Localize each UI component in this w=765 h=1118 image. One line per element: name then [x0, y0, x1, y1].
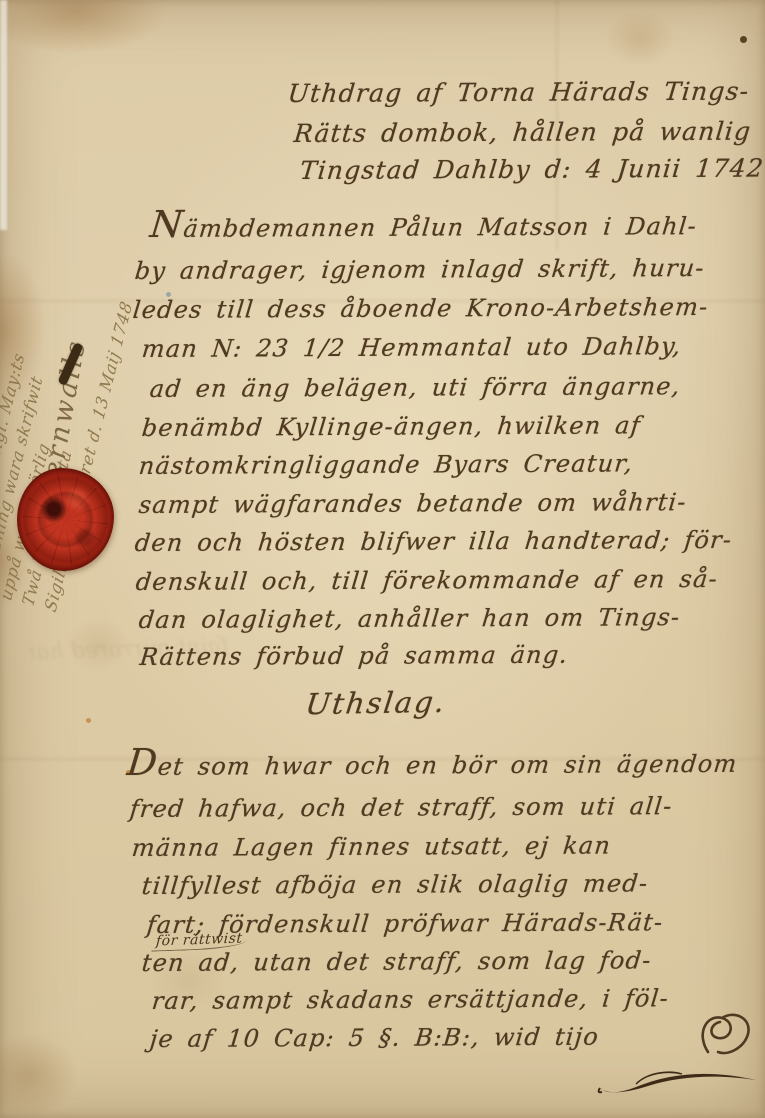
body-line: dan olaglighet, anhåller han om Tings-	[137, 598, 682, 639]
body-line: Det som hwar och en bör om sin ägendom	[125, 745, 739, 786]
body-line: fred hafwa, och det straff, som uti all-	[128, 787, 674, 828]
body-line: Rättens förbud på samma äng.	[138, 636, 570, 676]
body-line: nästomkringliggande Byars Creatur,	[137, 444, 635, 485]
heading-line: Uthdrag af Torna Härads Tings-	[286, 73, 751, 113]
ink-speck	[740, 36, 747, 43]
body-line: sampt wägfarandes betande om wåhrti-	[137, 483, 689, 524]
manuscript-page: faint mirrored handwriting Skall enligit…	[0, 0, 765, 1118]
heading-line: Rätts dombok, hållen på wanlig	[292, 113, 753, 153]
body-line: den och hösten blifwer illa handterad; f…	[133, 521, 734, 562]
body-line: tillfyllest afböja en slik olaglig med-	[140, 864, 650, 905]
verdict-subheading: Uthslag.	[304, 685, 449, 721]
body-line: männa Lagen finnes utsatt, ej kan	[130, 826, 613, 867]
body-line: je af 10 Cap: 5 §. B:B:, wid tijo	[148, 1018, 601, 1058]
body-line: by andrager, igjenom inlagd skrift, huru…	[133, 249, 707, 290]
body-line: rar, sampt skadans ersättjande, i föl-	[150, 979, 671, 1020]
body-line: Nämbdemannen Pålun Matsson i Dahl-	[148, 207, 699, 248]
body-line: ledes till dess åboende Krono-Arbetshem-	[131, 288, 710, 329]
body-line: denskull och, till förekommande af en så…	[134, 560, 720, 601]
body-line: benämbd Kyllinge-ängen, hwilken af	[140, 406, 643, 447]
scan-edge-highlight	[0, 0, 7, 230]
pen-flourish-icon	[596, 1058, 764, 1100]
body-line: ad en äng belägen, uti förra ängarne,	[148, 367, 682, 408]
heading-line: Tingstad Dahlby d: 4 Junii 1742./.	[298, 149, 765, 190]
body-line: man N: 23 1/2 Hemmantal uto Dahlby,	[140, 327, 683, 368]
